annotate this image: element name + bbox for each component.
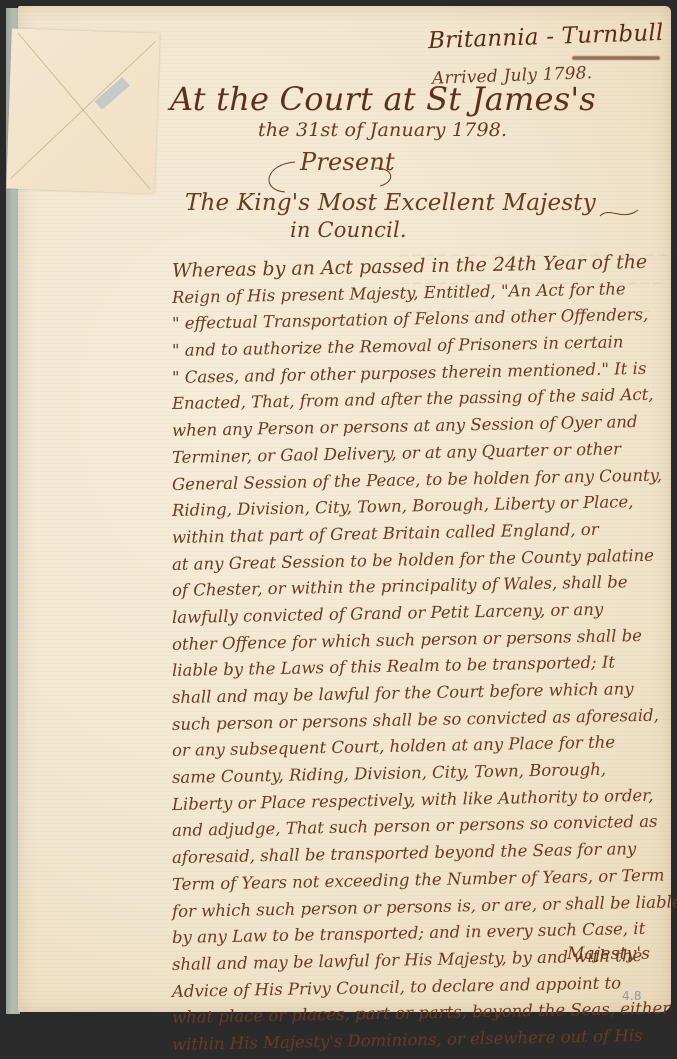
endorsement-underline [572,56,660,60]
fold-lines-icon [6,28,159,193]
folio-number: 4.8 [622,989,642,1003]
catchword: Majesty's [567,944,650,964]
body-text: Whereas by an Act passed in the 24th Yea… [172,258,652,1024]
heading-majesty: The King's Most Excellent Majesty [185,190,596,216]
heading-present: Present [300,148,395,176]
document-scan: ~~~ ~~~~~ ~~~~ ~~~~ ~~~~~ ~~~~ ~~~~~~ ~~… [0,0,677,1024]
heading-court: At the Court at St James's [170,80,596,118]
heading-date: the 31st of January 1798. [258,119,507,141]
majesty-flourish-icon [598,200,648,230]
folded-paper-attachment [6,28,159,193]
heading-council: in Council. [290,218,407,242]
